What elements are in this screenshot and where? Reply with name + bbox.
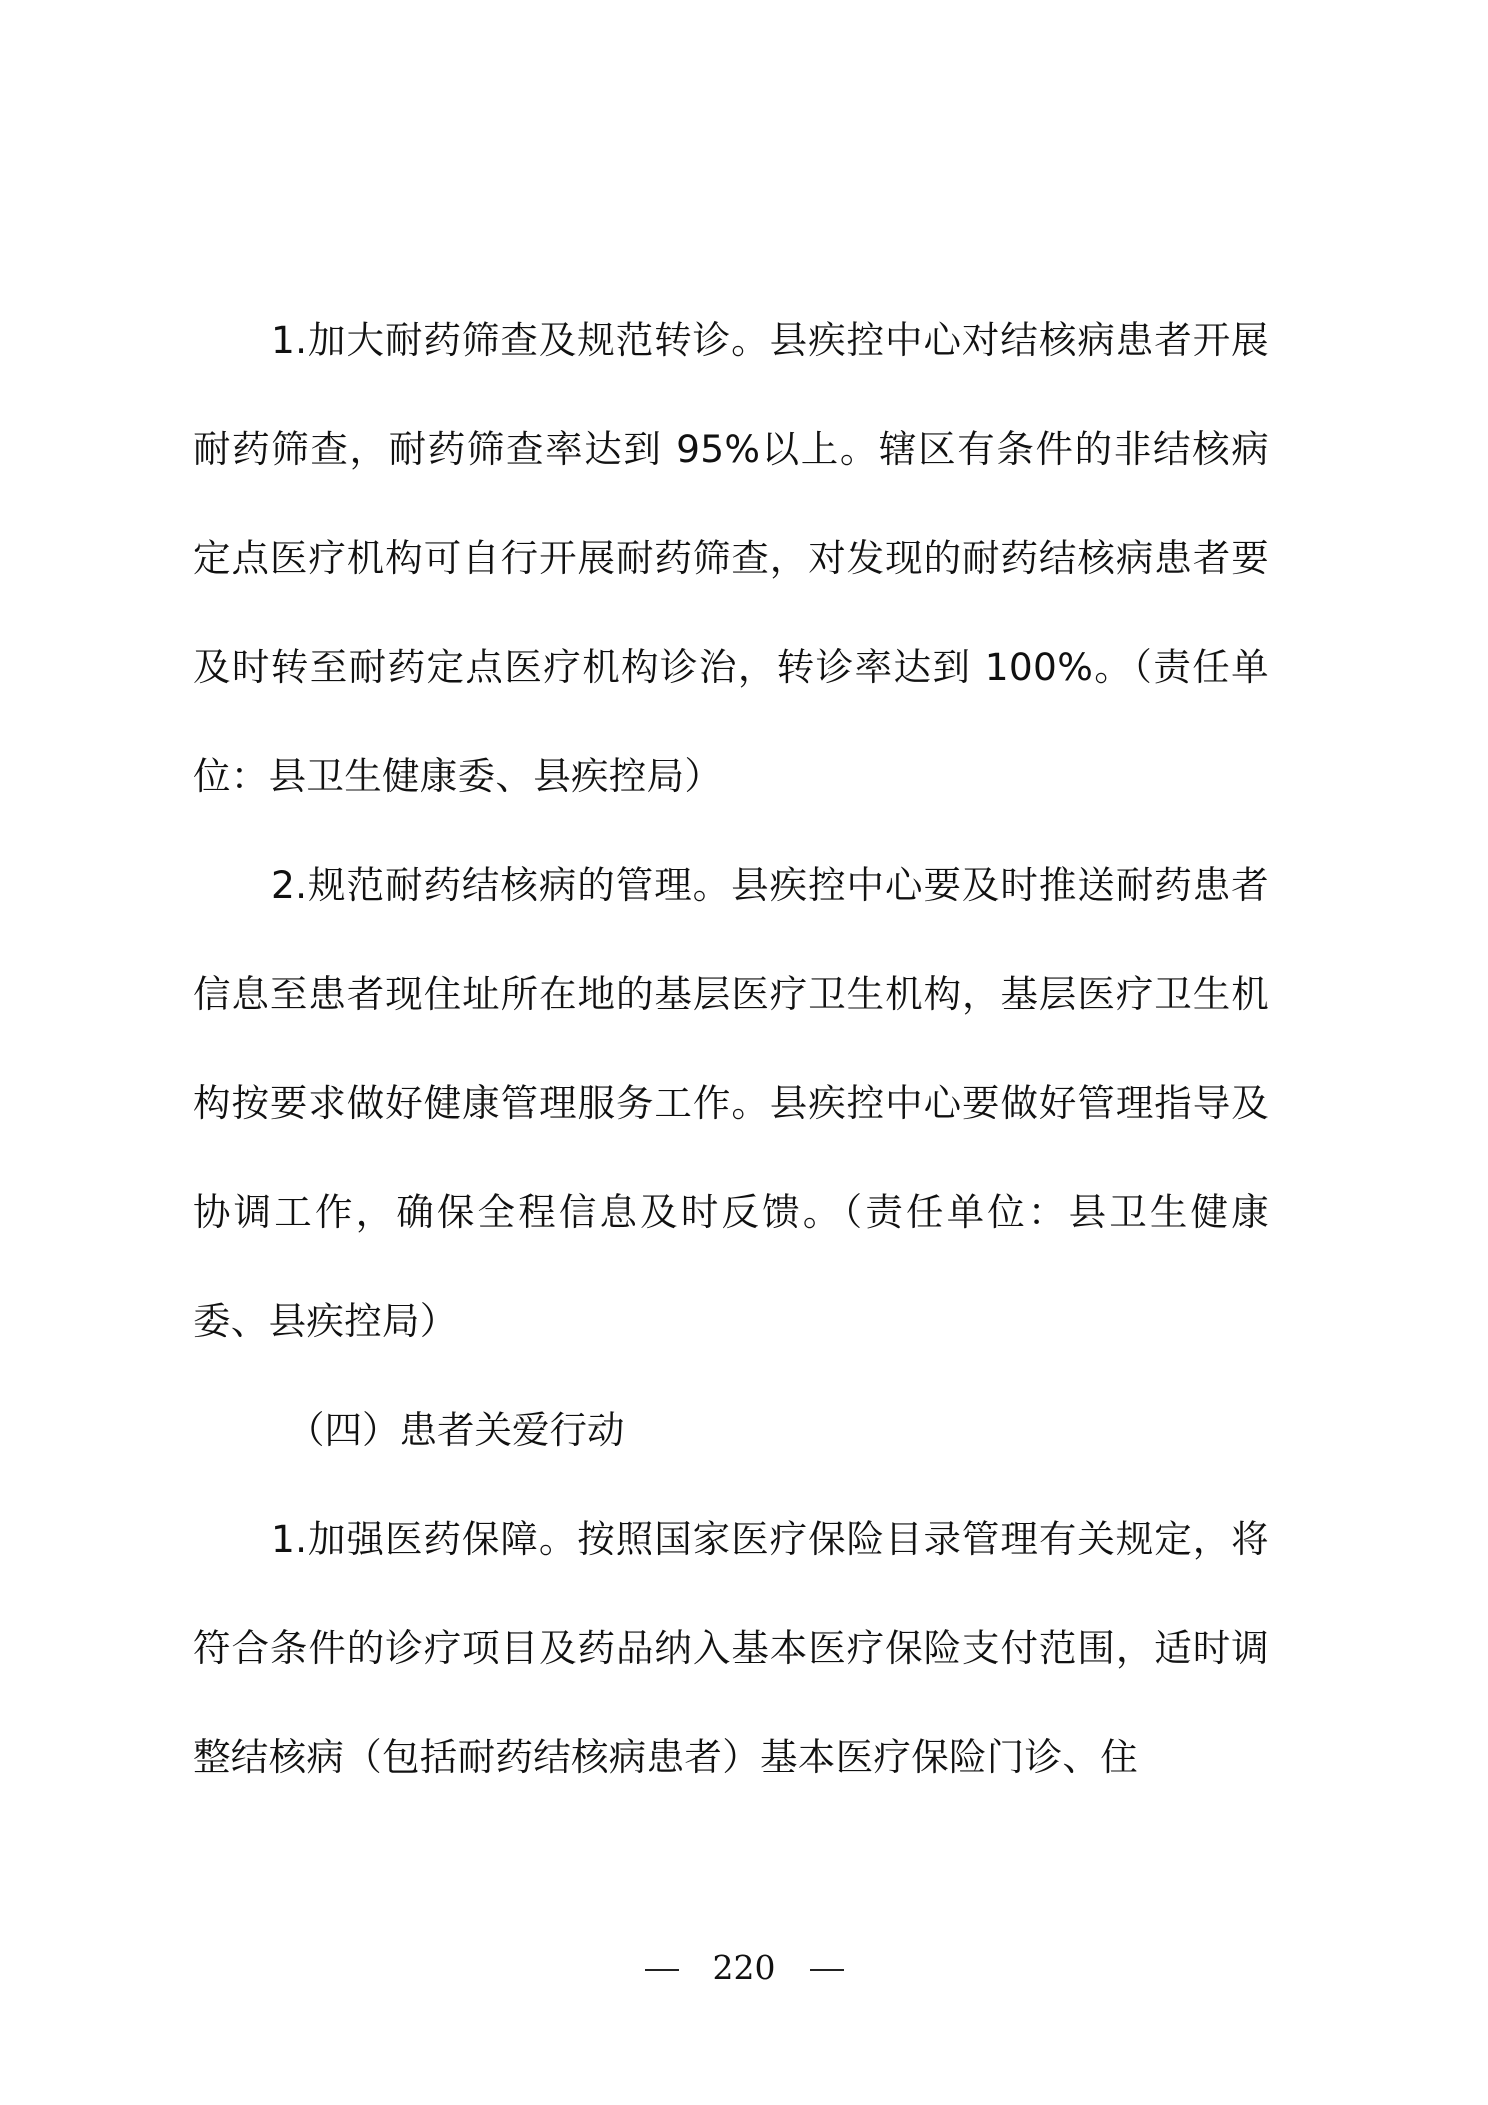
- paragraph-drug-resistance-screening: 1.加大耐药筛查及规范转诊。县疾控中心对结核病患者开展耐药筛查，耐药筛查率达到 …: [193, 286, 1269, 831]
- footer-dash-right: [810, 1969, 844, 1971]
- footer-dash-left: [645, 1969, 679, 1971]
- section-heading-patient-care: （四）患者关爱行动: [193, 1376, 1269, 1485]
- paragraph-drug-resistance-management: 2.规范耐药结核病的管理。县疾控中心要及时推送耐药患者信息至患者现住址所在地的基…: [193, 831, 1269, 1376]
- document-page: 1.加大耐药筛查及规范转诊。县疾控中心对结核病患者开展耐药筛查，耐药筛查率达到 …: [193, 286, 1269, 1812]
- page-number: 220: [713, 1948, 776, 1987]
- paragraph-medical-insurance: 1.加强医药保障。按照国家医疗保险目录管理有关规定，将符合条件的诊疗项目及药品纳…: [193, 1485, 1269, 1812]
- page-footer: 220: [0, 1948, 1488, 1987]
